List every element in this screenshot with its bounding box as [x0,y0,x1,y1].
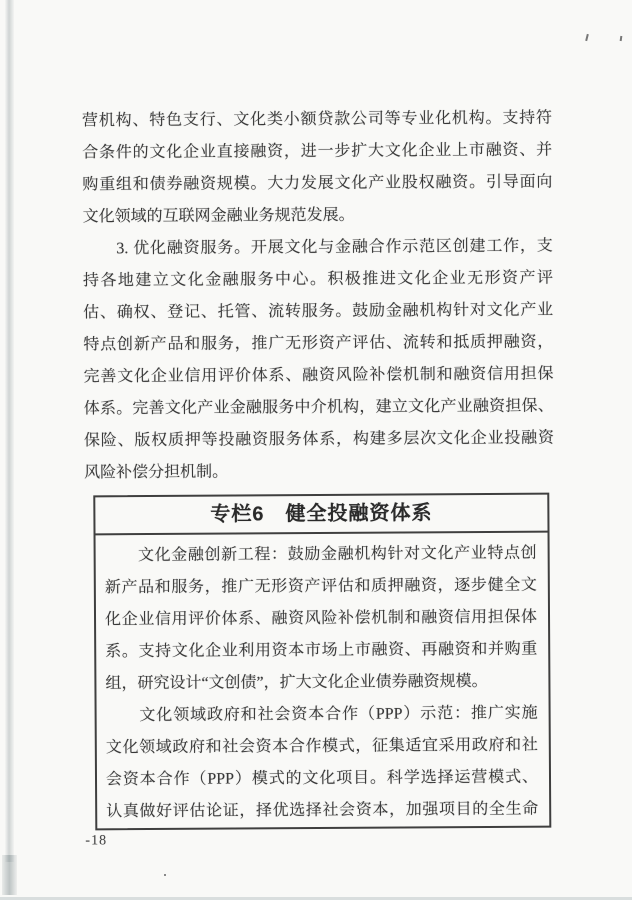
text-line: 文化领域政府和社会资本合作模式，征集适宜采用政府和社 [106,730,538,765]
text-line: 完善文化企业信用评价体系、融资风险补偿机制和融资信用担保 [83,359,553,394]
text-line: 新产品和服务，推广无形资产评估和质押融资，逐步健全文 [105,570,537,605]
text-line: 认真做好评估论证，择优选择社会资本，加强项目的全生命 [106,794,538,829]
text-line: 组，研究设计“文创债”，扩大文化企业债券融资规模。 [105,666,537,701]
document-page: 营机构、特色支行、文化类小额贷款公司等专业化机构。支持符合条件的文化企业直接融资… [0,0,632,900]
body-paragraph-1: 营机构、特色支行、文化类小额贷款公司等专业化机构。支持符合条件的文化企业直接融资… [82,103,555,234]
box-paragraph-2: 文化领域政府和社会资本合作（PPP）示范：推广实施文化领域政府和社会资本合作模式… [106,698,541,829]
text-line: 3. 优化融资服务。开展文化与金融合作示范区创建工作，支 [83,231,553,266]
page-number: -18 [85,830,632,849]
page-content: 营机构、特色支行、文化类小额贷款公司等专业化机构。支持符合条件的文化企业直接融资… [0,0,632,900]
text-line: 系。支持文化企业利用资本市场上市融资、再融资和并购重 [105,634,537,669]
text-line: 化企业信用评价体系、融资风险补偿机制和融资信用担保体 [105,602,537,637]
body-paragraph-2: 3. 优化融资服务。开展文化与金融合作示范区创建工作，支持各地建立文化金融服务中… [83,231,557,490]
box-paragraph-1: 文化金融创新工程：鼓励金融机构针对文化产业特点创新产品和服务，推广无形资产评估和… [105,538,540,701]
text-line: 估、确权、登记、托管、流转服务。鼓励金融机构针对文化产业 [83,295,553,330]
body-text-area: 营机构、特色支行、文化类小额贷款公司等专业化机构。支持符合条件的文化企业直接融资… [0,0,632,490]
box-body: 文化金融创新工程：鼓励金融机构针对文化产业特点创新产品和服务，推广无形资产评估和… [96,533,550,829]
text-line: 特点创新产品和服务，推广无形资产评估、流转和抵质押融资， [83,327,553,362]
text-line: 合条件的文化企业直接融资，进一步扩大文化企业上市融资、并 [82,135,552,170]
text-line: 持各地建立文化金融服务中心。积极推进文化企业无形资产评 [83,263,553,298]
text-line: 会资本合作（PPP）模式的文化项目。科学选择运营模式、 [106,762,538,797]
text-line: 保险、版权质押等投融资服务体系，构建多层次文化企业投融资 [84,423,554,458]
text-line: 购重组和债券融资规模。大力发展文化产业股权融资。引导面向 [82,167,552,202]
text-line: 文化领域的互联网金融业务规范发展。 [82,199,552,234]
text-line: 体系。完善文化产业金融服务中介机构，建立文化产业融资担保、 [84,391,554,426]
box-title: 专栏6 健全投融资体系 [95,495,547,536]
text-line: 风险补偿分担机制。 [84,455,554,490]
text-line: 文化金融创新工程：鼓励金融机构针对文化产业特点创 [105,538,537,573]
text-line: 营机构、特色支行、文化类小额贷款公司等专业化机构。支持符 [82,103,552,138]
column-6-box: 专栏6 健全投融资体系 文化金融创新工程：鼓励金融机构针对文化产业特点创新产品和… [93,493,551,831]
text-line: 文化领域政府和社会资本合作（PPP）示范：推广实施 [106,698,538,733]
